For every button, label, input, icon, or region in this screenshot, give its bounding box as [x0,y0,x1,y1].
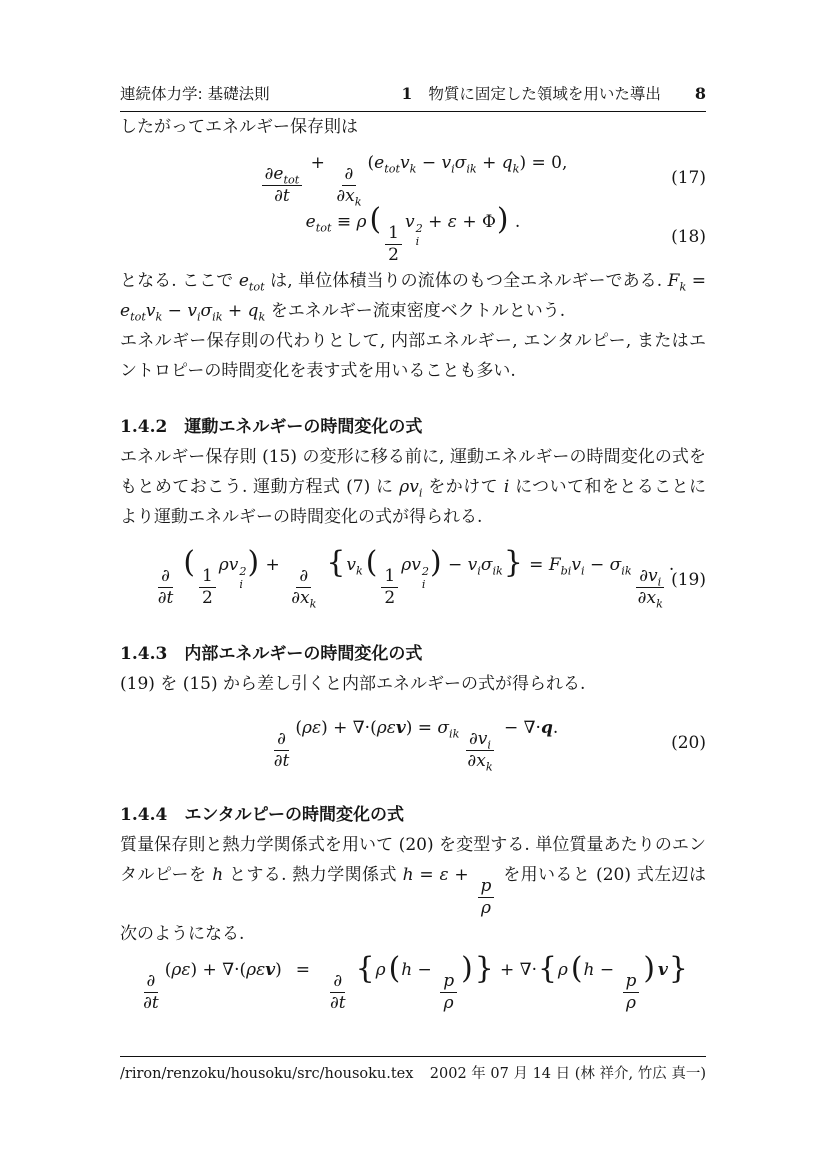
math-text: . [510,212,521,232]
math-fraction: ∂∂t [327,971,349,1015]
math-text: vk [346,555,362,575]
math-text: v [658,960,668,980]
running-section: 1物質に固定した領域を用いた導出 [402,84,661,104]
math-subscript: k [356,564,363,577]
math-delimiter: { [356,951,375,986]
fraction-numerator: ∂ [296,566,311,588]
section-number: 1.4.3 [120,644,167,664]
math-text: σik [455,153,477,173]
math-subscript: ik [449,727,459,740]
math-subscript: i [658,575,662,588]
math-supsub: 2i [422,566,429,592]
math-text: ρ [481,898,491,918]
math-text: + [423,212,448,232]
math-delimiter: ) [643,951,655,986]
math-text: + [449,865,475,885]
math-text: ∂xk [638,588,663,608]
section-heading-1-4-3: 1.4.3内部エネルギーの時間変化の式 [120,639,706,669]
math-fraction: 12 [199,566,216,610]
paragraph-kinetic-energy: エネルギー保存則 (15) の変形に移る前に, 運動エネルギーの時間変化の式をも… [120,442,706,532]
math-subscript: tot [316,221,332,234]
math-text: − [416,153,441,173]
math-text: ρε [302,718,321,738]
math-subscript: k [310,597,317,610]
math-text: ρε [171,960,190,980]
display-equation-18: etot ≡ ρ(12v2i + ε + Φ) . (18) [120,207,706,266]
math-fraction: ∂∂t [155,566,177,610]
display-equation-17: ∂etot∂t + ∂∂xk(etotvk − viσik + qk) = 0,… [120,148,706,207]
math-text: 1 [384,566,395,586]
fraction-denominator: ∂t [327,993,349,1014]
section-number: 1.4.4 [120,805,167,825]
math-text: etot [374,153,400,173]
math-text: p [626,971,637,991]
math-delimiter: ( [389,951,401,986]
math-text: etot [239,271,265,291]
math-delimiter: { [326,545,345,580]
fraction-denominator: 2 [381,588,398,609]
math-text: + [477,153,502,173]
math-text: = [414,865,440,885]
fraction-numerator: 1 [199,566,216,588]
math-text: ∂t [274,751,290,771]
math-fraction: ∂∂xk [288,566,319,610]
math-text: 1 [388,223,399,243]
math-text: = [296,960,310,980]
math-text: + [223,301,248,321]
equation-body: ∂∂t(12ρv2i) + ∂∂xk{vk(12ρv2i) − viσik} =… [152,550,675,609]
math-supsub: 2i [416,223,423,249]
fraction-denominator: ∂t [155,588,177,609]
date-and-authors: 2002 年 07 月 14 日 (林 祥介, 竹広 真一) [430,1064,706,1084]
fraction-denominator: 2 [385,245,402,266]
math-text: ρ [558,960,568,980]
math-text: ) [275,960,282,980]
fraction-denominator: ∂xk [333,186,364,207]
math-text: ) = [406,718,438,738]
fraction-denominator: ∂t [271,751,293,772]
math-text: + [260,555,285,575]
math-text: vi [187,301,200,321]
math-text: となる. ここで [120,271,239,291]
math-text: ∂xk [336,186,361,206]
math-text: p [481,876,492,896]
math-text: とする. 熱力学関係式 [223,865,403,885]
equation-number: (19) [671,565,706,595]
math-text: h [584,960,595,980]
math-fraction: ∂∂t [271,729,293,773]
section-heading-1-4-4: 1.4.4エンタルピーの時間変化の式 [120,800,706,830]
math-text: ρε [377,718,396,738]
math-delimiter: ( [183,545,195,580]
math-text: ∂ [299,566,308,586]
math-delimiter: ( [370,202,382,237]
section-number: 1.4.2 [120,417,167,437]
fraction-denominator: ∂t [271,186,293,207]
fraction-numerator: ∂etot [262,164,303,186]
document-title: 連続体力学: 基礎法則 [120,84,270,104]
math-text: vi [571,555,584,575]
math-text: σik [437,718,459,738]
fraction-numerator: ∂ [342,164,357,186]
math-text: ( [295,718,302,738]
math-text: ∂ [147,971,156,991]
math-text: ∂xk [291,588,316,608]
math-text: ∂etot [265,164,300,184]
math-text: v [396,718,406,738]
document-page: 連続体力学: 基礎法則 1物質に固定した領域を用いた導出 8 したがってエネルギ… [0,0,826,1169]
math-text: Fbi [549,555,572,575]
math-text: 2 [384,588,395,608]
math-fraction: ∂vi∂xk [635,566,666,610]
document-content: したがってエネルギー保存則は ∂etot∂t + ∂∂xk(etotvk − v… [120,112,706,1014]
math-subscript: tot [130,310,146,323]
page-footer: /riron/renzoku/housoku/src/housoku.tex 2… [120,1056,706,1084]
fraction-numerator: ∂ [158,566,173,588]
fraction-denominator: ∂xk [635,588,666,609]
math-text: は, 単位体積当りの流体のもつ全エネルギーである. [265,271,668,291]
math-text: σik [481,555,503,575]
equation-number: (18) [671,222,706,252]
math-text: ∂t [274,186,290,206]
math-subscript: k [656,597,663,610]
math-text: − [412,960,437,980]
display-equation-enthalpy: ∂∂t(ρε) + ∇·(ρεv)=∂∂t{ρ(h − pρ)} + ∇·{ρ(… [120,955,706,1014]
math-fraction: pρ [478,876,495,920]
math-subscript: i [422,579,426,592]
math-text: ∂t [158,588,174,608]
fraction-numerator: p [440,971,457,993]
fraction-denominator: ∂t [140,993,162,1014]
math-text: vk [400,153,416,173]
math-text: ) + ∇·( [191,960,247,980]
math-fraction: 12 [381,566,398,610]
math-text: ε [448,212,457,232]
math-text: ρε [246,960,265,980]
fraction-denominator: ∂xk [464,751,495,772]
math-text: + ∇· [495,960,537,980]
math-text: − [594,960,619,980]
math-subscript: i [197,310,201,323]
math-text: − [162,301,187,321]
math-subscript: i [487,738,491,751]
math-subscript: tot [249,280,265,293]
paragraph-internal-energy: (19) を (15) から差し引くと内部エネルギーの式が得られる. [120,669,706,699]
math-fraction: pρ [623,971,640,1015]
math-text: v2i [229,555,247,575]
math-text: ) + ∇·( [321,718,377,738]
fraction-numerator: 1 [385,223,402,245]
math-text: vi [468,555,481,575]
math-delimiter: ) [248,545,260,580]
math-text: . [553,718,558,738]
fraction-numerator: 1 [381,566,398,588]
fraction-denominator: ∂xk [288,588,319,609]
math-text: − [585,555,610,575]
math-subscript: ik [621,564,631,577]
equation-body: etot ≡ ρ(12v2i + ε + Φ) . [306,207,521,266]
math-text: h [403,865,414,885]
equation-number: (17) [671,163,706,193]
math-text: 2 [202,588,213,608]
math-text: qk [248,301,266,321]
running-header: 連続体力学: 基礎法則 1物質に固定した領域を用いた導出 8 [120,84,706,112]
math-text: ρ [444,993,454,1013]
section-title: 運動エネルギーの時間変化の式 [184,417,422,437]
equation-body: ∂∂t(ρε) + ∇·(ρεv) = σik∂vi∂xk − ∇·q. [268,713,559,772]
equation-body: ∂etot∂t + ∂∂xk(etotvk − viσik + qk) = 0, [259,148,568,207]
math-text: ∂ [345,164,354,184]
math-delimiter: ( [366,545,378,580]
equation-body: ∂∂t(ρε) + ∇·(ρεv)=∂∂t{ρ(h − pρ)} + ∇·{ρ(… [137,955,689,1014]
math-text: vi [442,153,455,173]
math-text: σik [201,301,223,321]
math-fraction: ∂vi∂xk [464,729,495,773]
math-subscript: bi [561,564,572,577]
math-text: をかけて [422,477,503,497]
math-text: 2 [388,245,399,265]
math-text: 1 [202,566,213,586]
math-text: + [305,153,330,173]
math-subscript: ik [466,162,476,175]
fraction-numerator: ∂ [274,729,289,751]
math-subscript: k [486,760,493,773]
math-text: ∂vi [639,566,661,586]
math-text: ≡ [331,212,356,232]
math-subscript: tot [384,162,400,175]
display-equation-20: ∂∂t(ρε) + ∇·(ρεv) = σik∂vi∂xk − ∇·q. (20… [120,713,706,772]
math-text: Fk [668,271,687,291]
section-title: 内部エネルギーの時間変化の式 [184,644,422,664]
math-fraction: pρ [440,971,457,1015]
math-delimiter: { [538,951,557,986]
source-file-path: /riron/renzoku/housoku/src/housoku.tex [120,1064,413,1084]
math-text: ρ [401,555,411,575]
math-text: v2i [411,555,429,575]
paragraph-enthalpy: 質量保存則と熱力学関係式を用いて (20) を変型する. 単位質量あたりのエンタ… [120,830,706,949]
math-text: h [212,865,223,885]
running-section-title: 物質に固定した領域を用いた導出 [428,85,661,103]
fraction-denominator: ρ [441,993,457,1014]
math-text: ρ [219,555,229,575]
math-text: ) = 0, [519,153,567,173]
fraction-denominator: ρ [478,898,494,919]
math-text: vk [146,301,162,321]
math-text: etot [306,212,332,232]
math-fraction: ∂etot∂t [262,164,303,208]
math-text: ∂ [161,566,170,586]
math-text: σik [610,555,632,575]
page-number: 8 [695,84,706,104]
math-subscript: ik [212,310,222,323]
section-title: エンタルピーの時間変化の式 [184,805,404,825]
math-text: etot [120,301,146,321]
math-text: v [265,960,275,980]
math-text: = [524,555,549,575]
math-supsub: 2i [239,566,246,592]
math-text: ρ [357,212,367,232]
math-text: qk [502,153,520,173]
math-text: − ∇· [499,718,541,738]
math-text: ρ [626,993,636,1013]
fraction-numerator: p [478,876,495,898]
paragraph-alternatives: エネルギー保存則の代わりとして, 内部エネルギー, エンタルピー, またはエント… [120,326,706,386]
math-text: + Φ [457,212,496,232]
math-text: ∂t [330,993,346,1013]
fraction-numerator: ∂ [330,971,345,993]
section-heading-1-4-2: 1.4.2運動エネルギーの時間変化の式 [120,412,706,442]
math-text: ∂t [143,993,159,1013]
math-fraction: ∂∂xk [333,164,364,208]
math-delimiter: ) [430,545,442,580]
math-subscript: i [416,236,420,249]
math-text: q [541,718,553,738]
math-text: ∂ [277,729,286,749]
math-delimiter: ( [571,951,583,986]
fraction-denominator: 2 [199,588,216,609]
fraction-numerator: ∂vi [636,566,664,588]
math-delimiter: } [475,951,494,986]
equation-number: (20) [671,728,706,758]
math-text: ρvi [399,477,422,497]
display-equation-19: ∂∂t(12ρv2i) + ∂∂xk{vk(12ρv2i) − viσik} =… [120,550,706,609]
math-text: ∂vi [469,729,491,749]
math-text: ρ [376,960,386,980]
math-fraction: 12 [385,223,402,267]
math-text: ∂xk [467,751,492,771]
math-text: をエネルギー流束密度ベクトルという. [265,301,565,321]
math-text: ∂ [333,971,342,991]
math-subscript: tot [283,173,299,186]
math-text: v2i [405,212,423,232]
math-fraction: ∂∂t [140,971,162,1015]
math-subscript: i [239,579,243,592]
fraction-numerator: p [623,971,640,993]
math-text: p [443,971,454,991]
paragraph-energy-flux: となる. ここで etot は, 単位体積当りの流体のもつ全エネルギーである. … [120,266,706,326]
math-text: ε [440,865,449,885]
fraction-numerator: ∂ [144,971,159,993]
running-section-number: 1 [402,84,413,103]
math-delimiter: } [504,545,523,580]
math-text: h [401,960,412,980]
paragraph-intro: したがってエネルギー保存則は [120,112,706,142]
fraction-numerator: ∂vi [466,729,494,751]
math-text: − [443,555,468,575]
fraction-denominator: ρ [623,993,639,1014]
math-delimiter: ) [461,951,473,986]
math-subscript: ik [492,564,502,577]
math-text: = [686,271,706,291]
math-delimiter: } [669,951,688,986]
math-delimiter: ) [497,202,509,237]
